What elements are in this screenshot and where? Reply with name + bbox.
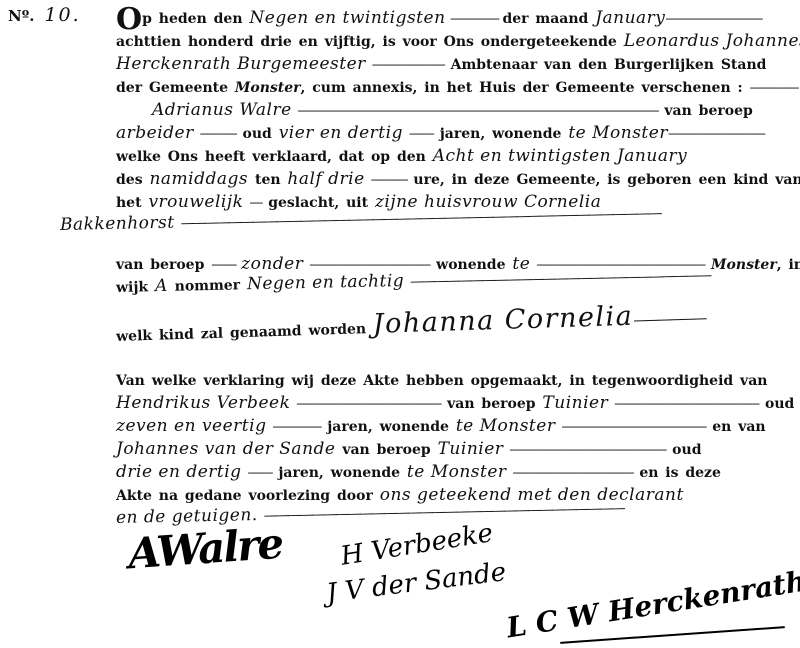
blank-filler-rule: ———————————— <box>614 396 758 412</box>
printed-text: Ambtenaar van den Burgerlijken Stand <box>444 57 767 73</box>
handwritten-text: half drie <box>287 169 370 189</box>
blank-filler-rule: —— <box>247 465 271 481</box>
printed-text: der maand <box>502 11 595 27</box>
document-line: zeven en veertig ———— jaren, wonende te … <box>116 414 792 437</box>
printed-text: der Gemeente <box>116 80 235 96</box>
printed-text: wijk <box>116 279 155 296</box>
document-line: der Gemeente Monster, cum annexis, in he… <box>116 75 792 98</box>
handwritten-text: Acht en twintigsten January <box>433 146 688 166</box>
printed-text: oud <box>665 442 701 458</box>
blank-filler-rule: ———— <box>272 419 320 435</box>
printed-text: ten <box>248 172 287 188</box>
handwritten-text: Negen en tachtig <box>247 271 411 294</box>
handwritten-text: Leonardus Johannes <box>624 31 800 51</box>
printed-text: , cum annexis, in het Huis der Gemeente … <box>301 80 750 96</box>
printed-text: en is deze <box>632 465 720 481</box>
record-number-value: 10. <box>44 4 80 26</box>
handwritten-text: te Monster <box>407 462 513 482</box>
handwritten-text: Tuinier <box>438 439 510 459</box>
blank-filler-rule: ———— <box>750 80 798 96</box>
printed-text: oud <box>236 126 279 142</box>
printed-text: jaren, wonende <box>320 419 455 435</box>
printed-text: van beroep <box>116 257 211 273</box>
handwritten-text: January <box>595 8 665 28</box>
handwritten-text: Adrianus Walre <box>152 100 298 120</box>
record-number-label: Nº. <box>8 7 34 25</box>
document-line: Van welke verklaring wij deze Akte hebbe… <box>116 368 792 391</box>
blank-filler-rule: ———————— <box>665 11 761 27</box>
document-line: Johannes van der Sande van beroep Tuinie… <box>116 437 792 460</box>
handwritten-text: Johanna Cornelia <box>372 301 633 340</box>
handwritten-text: Bakkenhorst <box>60 212 181 235</box>
handwritten-text: arbeider <box>116 123 200 143</box>
handwritten-text: te Monster <box>456 416 562 436</box>
printed-text: welk kind zal genaamd worden <box>116 321 373 345</box>
handwritten-text: drie en dertig <box>116 462 247 482</box>
document-line: Hendrikus Verbeek ———————————— van beroe… <box>116 391 792 414</box>
blank-filler-rule: —————— <box>372 57 444 73</box>
printed-text: ure, in deze Gemeente, is geboren een ki… <box>407 172 800 188</box>
blank-filler-rule: ——— <box>371 172 407 188</box>
document-line: des namiddags ten half drie ——— ure, in … <box>116 167 792 190</box>
printed-text: jaren, wonende <box>271 465 406 481</box>
handwritten-text: A <box>155 276 168 296</box>
blank-filler-rule: ——— <box>200 126 236 142</box>
document-body: Op heden den Negen en twintigsten ———— d… <box>116 6 792 529</box>
blank-filler-rule: —————— <box>633 310 705 328</box>
printed-text: het <box>116 195 148 211</box>
handwritten-text: Tuinier <box>542 393 614 413</box>
printed-text: p heden den <box>142 11 249 27</box>
handwritten-text: Negen en twintigsten <box>249 8 445 28</box>
printed-text: en van <box>705 419 765 435</box>
printed-text: van beroep <box>335 442 437 458</box>
declarant-signature: AWalre <box>126 519 283 579</box>
blank-filler-rule: —— <box>409 126 433 142</box>
record-number: Nº.10. <box>8 4 81 26</box>
registrar-signature: L C W Herckenrath <box>504 565 800 645</box>
handwritten-text: te Monster <box>568 123 668 143</box>
printed-text: des <box>116 172 149 188</box>
blank-filler-rule: —————————— <box>512 465 632 481</box>
document-line: arbeider ——— oud vier en dertig —— jaren… <box>116 121 792 144</box>
printed-text: van beroep <box>440 396 542 412</box>
handwritten-text: Herckenrath Burgemeester <box>116 54 372 74</box>
blank-filler-rule: ————————————————————————— <box>410 268 710 290</box>
blank-filler-rule: ———————————— <box>296 396 440 412</box>
printed-text: van beroep <box>658 103 753 119</box>
blank-filler-rule: —————————————————————————————— <box>263 500 623 524</box>
printed-text: nommer <box>168 277 248 295</box>
handwritten-text: Hendrikus Verbeek <box>116 393 296 413</box>
blank-filler-rule: ———————————————————————————————————————— <box>180 205 660 231</box>
printed-text: Van welke verklaring wij deze Akte hebbe… <box>116 373 767 389</box>
printed-text: welke Ons heeft verklaard, dat op den <box>116 149 433 165</box>
blank-filler-rule: ————————————— <box>509 442 665 458</box>
document-line: Adrianus Walre —————————————————————————… <box>152 98 792 121</box>
printed-text: achttien honderd drie en vijftig, is voo… <box>116 34 624 50</box>
document-line: welke Ons heeft verklaard, dat op den Ac… <box>116 144 792 167</box>
blank-filler-rule: ———————————— <box>561 419 705 435</box>
handwritten-text: zeven en veertig <box>116 416 272 436</box>
printed-text: jaren, wonende <box>433 126 568 142</box>
handwritten-text: namiddags <box>149 169 248 189</box>
printed-text: oud <box>758 396 794 412</box>
blank-filler-rule: ———————— <box>668 126 764 142</box>
document-line: welk kind zal genaamd worden Johanna Cor… <box>115 295 792 350</box>
blank-filler-rule: —————————————————————————————— <box>298 103 658 119</box>
blank-filler-rule: —— <box>211 257 235 273</box>
handwritten-text: vier en dertig <box>279 123 409 143</box>
document-line: drie en dertig —— jaren, wonende te Mons… <box>116 460 792 483</box>
document-line: achttien honderd drie en vijftig, is voo… <box>116 29 792 52</box>
document-line: Op heden den Negen en twintigsten ———— d… <box>116 6 792 29</box>
blank-filler-rule: ———— <box>446 11 503 27</box>
printed-text: Monster <box>235 80 301 96</box>
birth-certificate-page: Nº.10. Op heden den Negen en twintigsten… <box>0 0 800 648</box>
handwritten-text: Johannes van der Sande <box>116 439 335 459</box>
document-line: Herckenrath Burgemeester —————— Ambtenaa… <box>116 52 792 75</box>
